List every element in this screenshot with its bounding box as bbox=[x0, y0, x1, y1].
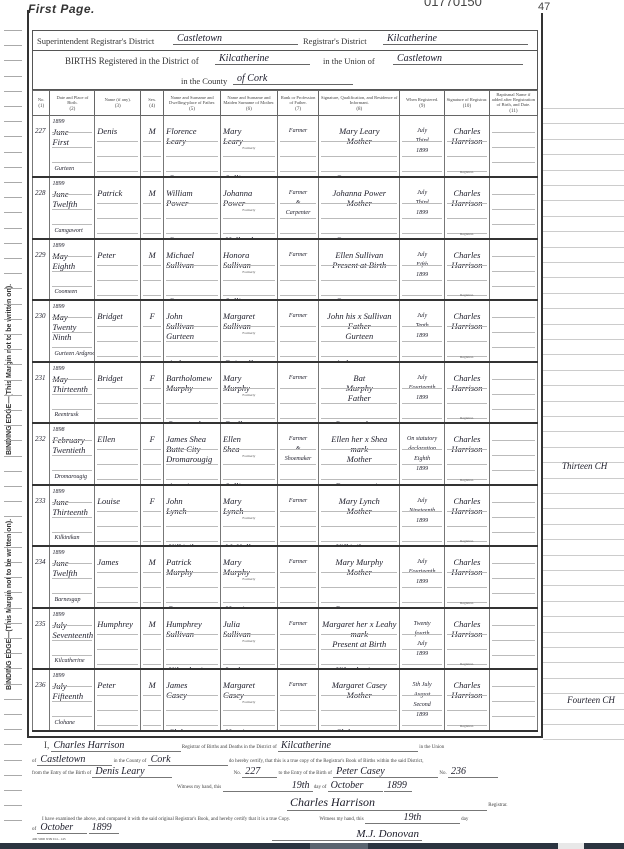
ruling-line bbox=[543, 632, 624, 633]
registrar-label: Registrar. bbox=[447, 293, 487, 297]
child-name: James bbox=[97, 557, 138, 567]
child-name-cell: Peter bbox=[95, 239, 141, 301]
cell-line: Margaret bbox=[223, 680, 275, 690]
informant-cell: Mary MurphyMother Barnesgap bbox=[319, 546, 400, 608]
ruling-line bbox=[543, 570, 624, 571]
baptismal-name-cell bbox=[489, 362, 537, 424]
cert-union: Castletown bbox=[37, 754, 112, 766]
child-name: Humphrey bbox=[97, 619, 138, 629]
margin-ruling-line bbox=[4, 623, 22, 624]
entry-number: 234 bbox=[33, 546, 50, 608]
column-header-label: Signature, Qualification, and Residence … bbox=[321, 95, 397, 105]
sex-cell: F bbox=[141, 362, 164, 424]
ruling-line bbox=[543, 324, 624, 325]
rank-cell: Farmer bbox=[277, 362, 319, 424]
date-place-cell: 1899 JulyFifteenth Clohane bbox=[50, 669, 95, 731]
margin-ruling-line bbox=[4, 395, 22, 396]
column-header: Signature of Registrar.(10) bbox=[445, 91, 490, 116]
viewer-control[interactable] bbox=[558, 843, 584, 849]
margin-ruling-line bbox=[4, 304, 22, 305]
margin-ruling-line bbox=[4, 167, 22, 168]
entry-number: 232 bbox=[33, 423, 50, 485]
child-name-cell: Denis bbox=[95, 116, 141, 178]
margin-ruling-line bbox=[4, 471, 22, 472]
print-code: 400 5000 8/99 D.L. 145 bbox=[32, 837, 66, 841]
cell-line: Thirteenth bbox=[52, 507, 92, 517]
rank-cell: Farmer bbox=[277, 239, 319, 301]
cell-line: Twentieth bbox=[52, 445, 92, 455]
header-births-row: BIRTHS Registered in the District of Kil… bbox=[32, 50, 538, 90]
register-entry-row: 236 1899 JulyFifteenth Clohane Peter M J… bbox=[33, 669, 538, 731]
mother-cell: MargaretCasey Formerly Harrington bbox=[220, 669, 277, 731]
cell-line: Ellen Sullivan bbox=[321, 250, 397, 260]
date-place-cell: 1899 JuneTwelfth Barnesgap bbox=[50, 546, 95, 608]
cell-line: 5th July bbox=[402, 680, 442, 690]
entry-number-text: 233 bbox=[35, 497, 46, 505]
registrar-cell: CharlesHarrison Registrar. bbox=[445, 423, 490, 485]
column-number: (10) bbox=[446, 104, 488, 109]
register-entry-row: 232 1898 FebruaryTwentieth Dromarougig E… bbox=[33, 423, 538, 485]
cert-witness2-year: 1899 bbox=[89, 822, 119, 834]
cert-first-birth: Denis Leary bbox=[92, 766, 172, 778]
margin-ruling-line bbox=[4, 790, 22, 791]
margin-ruling-line bbox=[4, 440, 22, 441]
entry-number: 233 bbox=[33, 485, 50, 547]
mother-cell: JohannaPower Formerly Holland bbox=[220, 177, 277, 239]
birth-year: 1899 bbox=[52, 671, 92, 681]
cell-line: Johanna bbox=[223, 188, 275, 198]
cell-line: July bbox=[402, 311, 442, 321]
column-header: No.(1) bbox=[33, 91, 50, 116]
ruling-line bbox=[543, 493, 624, 494]
formerly-label: Formerly bbox=[223, 577, 275, 581]
mother-cell: MaryLynch Formerly McNally bbox=[220, 485, 277, 547]
child-sex: M bbox=[143, 619, 161, 629]
column-number: (11) bbox=[491, 109, 536, 114]
margin-ruling-line bbox=[4, 456, 22, 457]
mother-cell: MaryMurphy Formerly Dudley bbox=[220, 362, 277, 424]
ruling-line bbox=[543, 447, 624, 448]
margin-ruling-line bbox=[4, 562, 22, 563]
cell-line: Twelfth bbox=[52, 568, 92, 578]
margin-ruling-line bbox=[4, 136, 22, 137]
registered-cell: JulyThird1899 bbox=[400, 116, 445, 178]
entry-number-text: 234 bbox=[35, 558, 46, 566]
mother-cell: JuliaSullivan Formerly Leahy bbox=[220, 608, 277, 670]
superintendent-value: Castletown bbox=[173, 33, 298, 45]
mother-cell: MargaretSullivan Formerly Driscoll bbox=[220, 300, 277, 362]
cert-signature: Charles Harrison bbox=[287, 795, 487, 811]
birth-place: Dromarougig bbox=[54, 472, 87, 482]
viewer-bottom-bar bbox=[0, 843, 624, 849]
cell-line: Farmer bbox=[280, 434, 317, 444]
cell-line: Florence bbox=[166, 126, 218, 136]
entry-number: 231 bbox=[33, 362, 50, 424]
registrar-label: Registrar. bbox=[447, 170, 487, 174]
cert-no-label: No. bbox=[234, 771, 241, 776]
cell-line: Margaret Casey bbox=[321, 680, 397, 690]
margin-ruling-line bbox=[4, 638, 22, 639]
cert-no-label-2: No. bbox=[439, 771, 446, 776]
cell-line: Patrick bbox=[166, 557, 218, 567]
birth-place: Barnesgap bbox=[54, 595, 80, 605]
cell-line: Gurteen bbox=[166, 331, 218, 341]
informant-cell: Ellen SullivanPresent at Birth Coomeen bbox=[319, 239, 400, 301]
ruling-line bbox=[543, 293, 624, 294]
ruling-line bbox=[543, 616, 624, 617]
cell-line: Father bbox=[321, 393, 397, 403]
column-header-label: Date and Place of Birth. bbox=[56, 95, 88, 105]
child-name: Peter bbox=[97, 250, 138, 260]
cell-line: 1899 bbox=[402, 393, 442, 403]
cell-line: Charles bbox=[447, 619, 487, 629]
cell-line: Margaret bbox=[223, 311, 275, 321]
child-sex: F bbox=[143, 496, 161, 506]
cert-county: Cork bbox=[148, 754, 228, 766]
birth-place: Coomeen bbox=[54, 287, 77, 297]
margin-ruling-line bbox=[4, 532, 22, 533]
rank-cell: Farmer bbox=[277, 300, 319, 362]
ruling-line bbox=[543, 478, 624, 479]
father-cell: James SheaButte CityDromarougig America bbox=[164, 423, 221, 485]
cell-line: July bbox=[402, 188, 442, 198]
page-number: 47 bbox=[538, 1, 550, 13]
ruling-line bbox=[543, 739, 624, 740]
child-name: Bridget bbox=[97, 311, 138, 321]
baptismal-name-cell bbox=[489, 177, 537, 239]
birth-place: Clohane bbox=[54, 718, 74, 728]
margin-ruling-line bbox=[4, 228, 22, 229]
registrar-cell: CharlesHarrison Registrar. bbox=[445, 239, 490, 301]
cell-line: Farmer bbox=[280, 680, 317, 690]
ruling-line bbox=[543, 247, 624, 248]
child-name: Patrick bbox=[97, 188, 138, 198]
cell-line: Gurteen bbox=[321, 331, 397, 341]
margin-ruling-line bbox=[4, 608, 22, 609]
mother-cell: EllenShea Formerly Sullivan bbox=[220, 423, 277, 485]
cert-certify-text: do hereby certify, that this is a true c… bbox=[229, 759, 424, 764]
baptismal-name-cell bbox=[489, 608, 537, 670]
margin-ruling-line bbox=[4, 349, 22, 350]
column-number: (3) bbox=[96, 104, 139, 109]
cell-line: Michael bbox=[166, 250, 218, 260]
cert-registrar-name: Charles Harrison bbox=[51, 740, 181, 752]
margin-ruling-line bbox=[4, 668, 22, 669]
mother-cell: MaryMurphy Formerly Harrington bbox=[220, 546, 277, 608]
cell-line: Mary bbox=[223, 126, 275, 136]
date-place-cell: 1899 JulySeventeenth Kilcatherine bbox=[50, 608, 95, 670]
entry-number-text: 228 bbox=[35, 189, 46, 197]
cell-line: Charles bbox=[447, 680, 487, 690]
date-place-cell: 1899 JuneTwelfth Camgawort bbox=[50, 177, 95, 239]
cell-line: Farmer bbox=[280, 188, 317, 198]
ruling-line bbox=[543, 416, 624, 417]
baptismal-name-cell bbox=[489, 546, 537, 608]
birth-year: 1899 bbox=[52, 117, 92, 127]
rank-cell: Farmer bbox=[277, 485, 319, 547]
child-name: Ellen bbox=[97, 434, 138, 444]
entry-number: 230 bbox=[33, 300, 50, 362]
margin-ruling-line bbox=[4, 744, 22, 745]
ruling-line bbox=[543, 154, 624, 155]
margin-ruling-line bbox=[4, 592, 22, 593]
cert-last-birth: Peter Casey bbox=[333, 766, 438, 778]
cell-line: Eighth bbox=[52, 261, 92, 271]
births-district-value: Kilcatherine bbox=[215, 53, 310, 65]
registered-cell: On statutorydeclarationEighth1899 bbox=[400, 423, 445, 485]
cell-line: Twenty bbox=[402, 619, 442, 629]
child-name-cell: James bbox=[95, 546, 141, 608]
registrar-label: Registrar. bbox=[447, 601, 487, 605]
mother-maiden-name: Harrington bbox=[225, 727, 264, 731]
viewer-scroll-thumb[interactable] bbox=[310, 843, 368, 849]
informant-cell: Johanna PowerMother Camgawort bbox=[319, 177, 400, 239]
cert-witness2-label: Witness my hand, this bbox=[319, 817, 363, 822]
child-name-cell: Bridget bbox=[95, 362, 141, 424]
cert-witness-year: 1899 bbox=[384, 780, 412, 792]
cert-day-of-label: day of bbox=[314, 785, 327, 790]
ruling-line bbox=[543, 555, 624, 556]
ruling-line bbox=[543, 601, 624, 602]
mother-cell: MaryLeary Formerly Sullivan bbox=[220, 116, 277, 178]
registrar-cell: CharlesHarrison Registrar. bbox=[445, 546, 490, 608]
cert-witness-day: 19th bbox=[223, 780, 313, 792]
cert-first-no: 227 bbox=[242, 766, 277, 778]
registrar-label: Registrar. bbox=[447, 478, 487, 482]
ruling-line bbox=[543, 200, 624, 201]
formerly-label: Formerly bbox=[223, 516, 275, 520]
county-value: of Cork bbox=[233, 73, 353, 85]
sex-cell: F bbox=[141, 300, 164, 362]
cell-line: Charles bbox=[447, 311, 487, 321]
ruling-line bbox=[543, 339, 624, 340]
ruling-line bbox=[543, 354, 624, 355]
ruling-line bbox=[543, 401, 624, 402]
margin-ruling-line bbox=[4, 820, 22, 821]
ruling-line bbox=[543, 385, 624, 386]
cert-from-entry-label: from the Entry of the Birth of bbox=[32, 771, 91, 776]
registrar-cell: CharlesHarrison Registrar. bbox=[445, 608, 490, 670]
reference-number: 01770150 bbox=[424, 0, 482, 9]
ruling-line bbox=[543, 231, 624, 232]
superintendent-label: Superintendent Registrar's District bbox=[37, 36, 154, 46]
column-header-label: Name (if any). bbox=[105, 97, 131, 102]
formerly-label: Formerly bbox=[223, 454, 275, 458]
date-place-cell: 1899 MayThirteenth Reentrusk bbox=[50, 362, 95, 424]
margin-ruling-line bbox=[4, 516, 22, 517]
cert-union-label: in the Union bbox=[419, 745, 444, 750]
cert-registrar-of-label: Registrar of Births and Deaths in the Di… bbox=[182, 745, 277, 750]
father-cell: JohnSullivanGurteen Ardgroom bbox=[164, 300, 221, 362]
informant-cell: Ellen her x SheamarkMother Dromarougig bbox=[319, 423, 400, 485]
margin-ruling-line bbox=[4, 334, 22, 335]
column-header: Rank or Profession of Father.(7) bbox=[277, 91, 319, 116]
cell-line: 1899 bbox=[402, 270, 442, 280]
cell-line: Eighth bbox=[402, 454, 442, 464]
margin-ruling-line bbox=[4, 60, 22, 61]
ruling-line bbox=[543, 370, 624, 371]
column-number: (6) bbox=[222, 107, 276, 112]
date-place-cell: 1899 JuneThirteenth Kilkinikan bbox=[50, 485, 95, 547]
father-cell: PatrickMurphy Barnesgap bbox=[164, 546, 221, 608]
birth-year: 1899 bbox=[52, 548, 92, 558]
birth-place: Gurteen Ardgroom bbox=[54, 349, 94, 359]
cell-line: James bbox=[166, 680, 218, 690]
margin-ruling-line bbox=[4, 319, 22, 320]
date-place-cell: 1899 JuneFirst Gurteen bbox=[50, 116, 95, 178]
child-sex: M bbox=[143, 126, 161, 136]
margin-ruling-line bbox=[4, 364, 22, 365]
cell-line: Dromarougig bbox=[166, 454, 218, 464]
birth-place: Reentrusk bbox=[54, 410, 78, 420]
ruling-line bbox=[543, 647, 624, 648]
date-place-cell: 1898 FebruaryTwentieth Dromarougig bbox=[50, 423, 95, 485]
births-register-table: No.(1)Date and Place of Birth.(2)Name (i… bbox=[32, 90, 538, 732]
formerly-label: Formerly bbox=[223, 208, 275, 212]
margin-ruling-line bbox=[4, 760, 22, 761]
child-name-cell: Peter bbox=[95, 669, 141, 731]
margin-ruling-line bbox=[4, 288, 22, 289]
cert-county-of: of bbox=[142, 759, 146, 764]
cell-line: Farmer bbox=[280, 250, 317, 260]
ruling-line bbox=[543, 108, 624, 109]
cell-line: Seventeenth bbox=[52, 630, 92, 640]
date-place-cell: 1899 MayEighth Coomeen bbox=[50, 239, 95, 301]
cell-line: Mary bbox=[223, 373, 275, 383]
cell-line: On statutory bbox=[402, 434, 442, 444]
child-name-cell: Louise bbox=[95, 485, 141, 547]
birth-place: Camgawort bbox=[54, 226, 82, 236]
entry-number-text: 236 bbox=[35, 681, 46, 689]
cell-line: Twenty bbox=[52, 322, 92, 332]
margin-ruling-line bbox=[4, 577, 22, 578]
child-name: Bridget bbox=[97, 373, 138, 383]
register-entry-row: 229 1899 MayEighth Coomeen Peter M Micha… bbox=[33, 239, 538, 301]
cell-line: 1899 bbox=[402, 331, 442, 341]
margin-ruling-line bbox=[4, 76, 22, 77]
ruling-line bbox=[543, 262, 624, 263]
registrar-label: Registrar. bbox=[447, 539, 487, 543]
ruling-line bbox=[543, 170, 624, 171]
sex-cell: F bbox=[141, 423, 164, 485]
entry-number: 228 bbox=[33, 177, 50, 239]
father-cell: MichaelSullivan Coomeen bbox=[164, 239, 221, 301]
registered-cell: JulyTenth1899 bbox=[400, 300, 445, 362]
margin-ruling-line bbox=[4, 182, 22, 183]
sex-cell: F bbox=[141, 485, 164, 547]
column-header: Date and Place of Birth.(2) bbox=[50, 91, 95, 116]
column-header: Name and Surname and Maiden Surname of M… bbox=[220, 91, 277, 116]
margin-ruling-line bbox=[4, 714, 22, 715]
margin-ruling-line bbox=[4, 775, 22, 776]
register-entry-row: 230 1899 MayTwentyNinth Gurteen Ardgroom… bbox=[33, 300, 538, 362]
child-sex: F bbox=[143, 311, 161, 321]
ruling-line bbox=[543, 539, 624, 540]
cell-line: Julia bbox=[223, 619, 275, 629]
father-cell: JamesCasey Clohane bbox=[164, 669, 221, 731]
cell-line: July bbox=[402, 373, 442, 383]
registered-cell: JulyThird1899 bbox=[400, 177, 445, 239]
cell-line: 1899 bbox=[402, 710, 442, 720]
column-number: (5) bbox=[165, 107, 219, 112]
rank-cell: Farmer bbox=[277, 608, 319, 670]
birth-year: 1899 bbox=[52, 364, 92, 374]
registrar-district-label: Registrar's District bbox=[303, 36, 367, 46]
birth-year: 1899 bbox=[52, 241, 92, 251]
cert-witness-label: Witness my hand, this bbox=[177, 785, 221, 790]
cell-line: Farmer bbox=[280, 496, 317, 506]
sex-cell: M bbox=[141, 546, 164, 608]
margin-ruling-line bbox=[4, 45, 22, 46]
rank-cell: Farmer bbox=[277, 116, 319, 178]
registrar-cell: CharlesHarrison Registrar. bbox=[445, 485, 490, 547]
registered-cell: JulyFourteenth1899 bbox=[400, 546, 445, 608]
cell-line: Carpenter bbox=[280, 208, 317, 218]
child-name: Louise bbox=[97, 496, 138, 506]
cell-line: Charles bbox=[447, 188, 487, 198]
ruling-line bbox=[543, 185, 624, 186]
cert-day-label: day bbox=[461, 817, 468, 822]
rank-cell: Farmer&Carpenter bbox=[277, 177, 319, 239]
cell-line: Ellen her x Shea bbox=[321, 434, 397, 444]
margin-ruling-line bbox=[4, 152, 22, 153]
registered-cell: TwentyfourthJuly1899 bbox=[400, 608, 445, 670]
formerly-label: Formerly bbox=[223, 146, 275, 150]
formerly-label: Formerly bbox=[223, 331, 275, 335]
margin-ruling-line bbox=[4, 380, 22, 381]
child-sex: M bbox=[143, 680, 161, 690]
column-header: Name (if any).(3) bbox=[95, 91, 141, 116]
cert-witness2-month: October bbox=[37, 822, 87, 834]
births-label: BIRTHS Registered in the District of bbox=[65, 56, 199, 66]
entry-number-text: 229 bbox=[35, 251, 46, 259]
cell-line: James Shea bbox=[166, 434, 218, 444]
column-header-label: Baptismal Name if added after Registrati… bbox=[492, 92, 535, 107]
column-header-label: Sex. bbox=[148, 97, 156, 102]
cell-line: Mother bbox=[321, 454, 397, 464]
cell-line: Shoemaker bbox=[280, 454, 317, 464]
cell-line: Charles bbox=[447, 373, 487, 383]
rank-cell: Farmer bbox=[277, 669, 319, 731]
birth-place: Gurteen bbox=[54, 164, 74, 174]
entry-number: 229 bbox=[33, 239, 50, 301]
ruling-line bbox=[543, 524, 624, 525]
margin-ruling-line bbox=[4, 106, 22, 107]
entry-number-text: 231 bbox=[35, 374, 46, 382]
formerly-label: Formerly bbox=[223, 393, 275, 397]
birth-year: 1899 bbox=[52, 487, 92, 497]
column-header-label: Signature of Registrar. bbox=[447, 97, 488, 102]
column-number: (1) bbox=[34, 104, 48, 109]
father-dwelling: Clohane bbox=[168, 727, 197, 731]
mother-cell: HonoraSullivan Formerly Sullivan bbox=[220, 239, 277, 301]
ruling-line bbox=[543, 139, 624, 140]
entry-number-text: 235 bbox=[35, 620, 46, 628]
child-sex: F bbox=[143, 373, 161, 383]
child-name-cell: Patrick bbox=[95, 177, 141, 239]
baptismal-name-cell bbox=[489, 485, 537, 547]
column-header-label: Name and Surname and Dwelling-place of F… bbox=[169, 95, 215, 105]
entry-number: 227 bbox=[33, 116, 50, 178]
entry-number: 236 bbox=[33, 669, 50, 731]
margin-ruling-line bbox=[4, 653, 22, 654]
cell-line: Farmer bbox=[280, 311, 317, 321]
cell-line: Mary Murphy bbox=[321, 557, 397, 567]
margin-ruling-line bbox=[4, 729, 22, 730]
birth-year: 1898 bbox=[52, 425, 92, 435]
cert-witness2-day: 19th bbox=[365, 812, 460, 824]
child-name-cell: Ellen bbox=[95, 423, 141, 485]
